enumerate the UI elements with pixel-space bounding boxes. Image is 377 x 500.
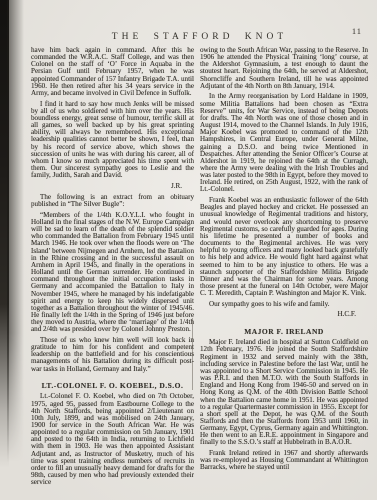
body-paragraph: Frank Ireland retired in 1967 and shortl…: [200, 450, 368, 471]
obituary-heading: MAJOR F. IRELAND: [200, 328, 368, 335]
page-header: THE STAFFORD KNOT 11: [31, 26, 368, 44]
right-column: owing to the South African War, passing …: [200, 47, 368, 490]
author-initials: J.R.: [31, 183, 194, 190]
body-paragraph: Frank Koebel was an enthusiastic followe…: [200, 197, 368, 297]
body-paragraph: have him back again in command. After th…: [31, 47, 194, 97]
author-initials: H.C.F.: [200, 311, 368, 318]
scanned-page: THE STAFFORD KNOT 11 have him back again…: [0, 0, 377, 500]
obituary-heading: LT.-COLONEL F. O. KOEBEL, D.S.O.: [31, 382, 194, 389]
body-paragraph: Those of us who knew him well will look …: [31, 337, 194, 373]
scan-edge-fade: [7, 0, 24, 462]
body-paragraph: owing to the South African War, passing …: [200, 47, 368, 90]
body-paragraph: “Members of the 1/4th K.O.Y.L.I. who fou…: [31, 212, 194, 334]
body-paragraph: The following is an extract from an obit…: [31, 194, 194, 208]
page-number: 11: [352, 26, 362, 36]
journal-title: THE STAFFORD KNOT: [112, 32, 287, 42]
body-paragraph: I find it hard to say how much Jenks wil…: [31, 101, 194, 180]
body-paragraph: Our sympathy goes to his wife and family…: [200, 301, 368, 308]
text-columns: have him back again in command. After th…: [31, 47, 368, 490]
body-paragraph: Major F. Ireland died in hospital at Sut…: [200, 339, 368, 446]
body-paragraph: Lt.-Colonel F. O. Koebel, who died on 7t…: [31, 393, 194, 486]
body-paragraph: In the Army reorganisation by Lord Halda…: [200, 93, 368, 193]
fold-mark: [192, 318, 193, 390]
left-column: have him back again in command. After th…: [31, 47, 194, 490]
